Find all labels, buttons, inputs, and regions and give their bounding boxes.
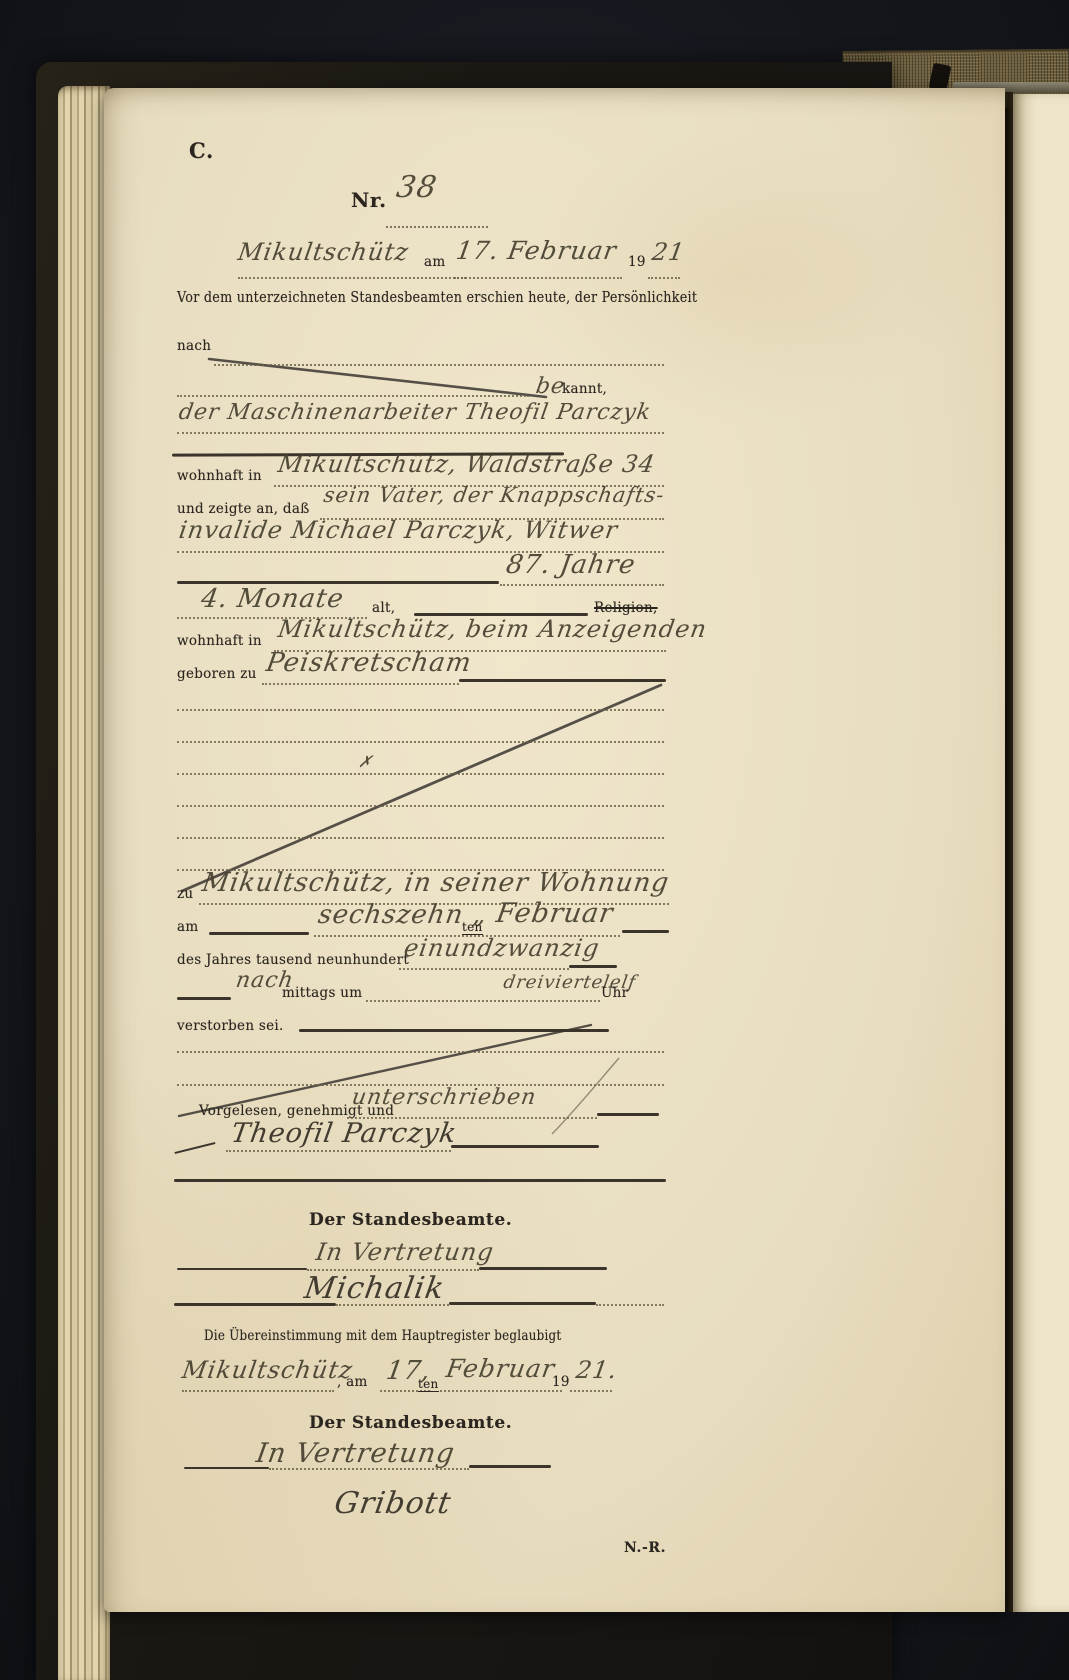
intro-line: Vor dem unterzeichneten Standesbeamten e… [177,288,697,306]
certification-ten-label: ten [418,1377,439,1392]
death-ten-label: ten [462,920,483,935]
residence-label: wohnhaft in [177,468,262,484]
rule-dotted [177,837,664,839]
rule-dotted [177,432,664,434]
in-vertretung-1: In Vertretung [314,1238,496,1266]
rule-solid-heavy [174,1179,666,1182]
rule-dotted [336,1304,449,1306]
rule-dotted [226,1150,451,1152]
death-year-label: des Jahres tausend neunhundert [177,952,409,968]
death-year-value: einundzwanzig [402,934,602,962]
dateline-date: 17. Februar [454,236,619,265]
rule-dotted [386,226,488,228]
residence-value: Mikultschütz, Waldstraße 34 [276,450,657,478]
religion-label-struck: Religion, [594,600,658,616]
rule-solid [451,1145,599,1148]
age-years: 87. Jahre [504,550,638,580]
rule-dotted [366,1000,504,1002]
dateline-year-printed: 19 [628,254,646,270]
record-number-value: 38 [394,170,440,205]
photo-of-register-book: { "document": { "corner_letter": "C.", "… [0,0,1069,1680]
rule-solid [177,997,231,1000]
certification-year-written: 21. [574,1356,620,1384]
death-place: Mikultschütz, in seiner Wohnung [200,868,671,898]
rule-solid [184,1467,269,1469]
certification-am-label: , am [337,1374,368,1390]
dateline-place: Mikultschütz [236,238,411,266]
rule-solid [622,930,669,933]
rule-dotted [238,277,466,279]
declarant-signature: Theofil Parczyk [229,1118,459,1149]
residence2-value: Mikultschütz, beim Anzeigenden [276,615,709,643]
rule-dotted [648,277,680,279]
pen-dash [174,1142,215,1154]
rule-solid [449,1302,596,1305]
rule-dotted [177,1051,664,1053]
rule-dotted [399,968,569,970]
footer-mark: N.-R. [624,1540,666,1556]
uhr-label: Uhr [601,985,628,1001]
rule-solid [299,1029,609,1032]
registrar-signature-2: Gribott [332,1486,454,1521]
rule-dotted [440,1390,562,1392]
dateline-year-written: 21 [650,238,687,266]
rule-dotted [177,805,664,807]
rule-solid [569,965,617,968]
rule-dotted [262,683,459,685]
alt-label: alt, [372,600,395,616]
nach-label: nach [177,338,211,354]
mittags-label: mittags um [282,985,362,1001]
birthplace-label: geboren zu [177,666,257,682]
age-months: 4. Monate [199,584,346,614]
rule-dotted [177,741,664,743]
rule-solid [174,1303,336,1306]
rule-solid [479,1267,607,1270]
rule-dotted [596,1304,664,1306]
kannt-label: kannt, [562,381,607,397]
rule-solid [459,679,666,682]
rule-dotted [177,773,664,775]
death-month: Februar [494,898,616,929]
residence2-label: wohnhaft in [177,633,262,649]
rule-dotted [570,1390,612,1392]
rule-dotted [269,1468,469,1470]
deletion-mark: ✗ [357,752,374,771]
registry-page: C. Nr. 38 Mikultschütz am 17. Februar 19… [104,88,1005,1612]
rule-dotted [182,1390,334,1392]
rule-solid [469,1465,551,1468]
report-label: und zeigte an, daß [177,501,310,517]
report-value-line2: invalide Michael Parczyk, Witwer [177,516,620,544]
registrar-signature-1: Michalik [302,1271,447,1306]
rule-dotted [454,277,622,279]
report-value-line1: sein Vater, der Knappschafts- [322,483,667,507]
death-am-label: am [177,919,198,935]
record-number-label: Nr. [351,188,387,212]
certification-line: Die Übereinstimmung mit dem Hauptregiste… [204,1328,561,1344]
rule-solid [177,1268,307,1270]
registrar-heading-2: Der Standesbeamte. [309,1413,512,1433]
verstorben-label: verstorben sei. [177,1018,284,1034]
declarant-name: der Maschinenarbeiter Theofil Parczyk [177,400,653,425]
corner-letter: C. [189,138,214,163]
rule-dotted [502,1000,600,1002]
birthplace-value: Peiskretscham [264,648,474,678]
registrar-heading-1: Der Standesbeamte. [309,1210,512,1230]
certification-month: Februar [444,1354,557,1383]
dateline-am-label: am [424,254,445,270]
certification-place: Mikultschütz [180,1356,355,1384]
rule-solid [209,932,309,935]
page-edges-stack [58,86,110,1680]
rule-dotted [500,584,664,586]
in-vertretung-2: In Vertretung [254,1438,457,1469]
rule-dotted [177,395,529,397]
death-zu-label: zu [177,886,193,902]
rule-solid [597,1113,659,1116]
closing-value: unterschrieben [350,1085,538,1110]
rule-dotted [214,364,664,366]
rule-dotted [177,709,664,711]
certification-year-printed: 19 [552,1374,570,1390]
facing-page [1012,94,1069,1612]
